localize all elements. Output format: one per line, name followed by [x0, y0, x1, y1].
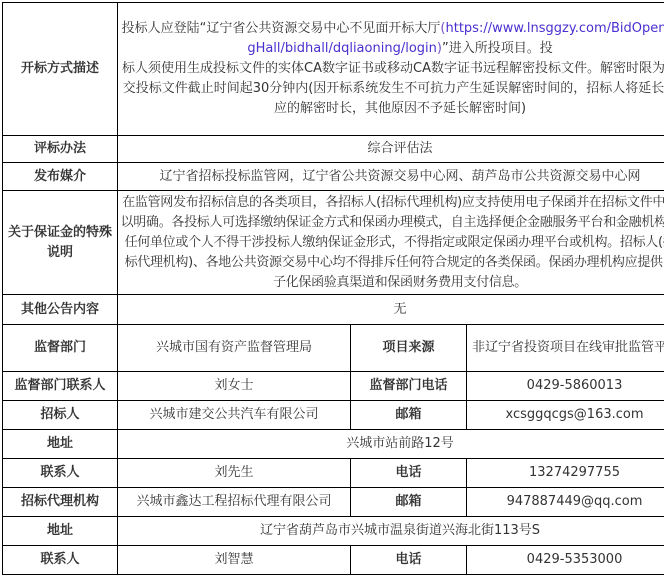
row-supervision: 监督部门 兴城市国有资产监督管理局 项目来源 非辽宁省投资项目在线审批监管平台 — [3, 325, 664, 372]
other-content-value: 无 — [118, 295, 664, 325]
agency-phone-label: 电话 — [351, 546, 467, 575]
agency-address-label: 地址 — [3, 517, 118, 546]
publication-media-label: 发布媒介 — [3, 163, 118, 191]
supervision-dept-value: 兴城市国有资产监督管理局 — [118, 325, 351, 372]
publication-media-value: 辽宁省招标投标监管网，辽宁省公共资源交易中心网、葫芦岛市公共资源交易中心网 — [118, 163, 664, 191]
project-source-label: 项目来源 — [351, 325, 467, 372]
row-supervision-contact: 监督部门联系人 刘女士 监督部门电话 0429-5860013 — [3, 372, 664, 401]
row-publication-media: 发布媒介 辽宁省招标投标监管网，辽宁省公共资源交易中心网、葫芦岛市公共资源交易中… — [3, 163, 664, 191]
tenderer-address-label: 地址 — [3, 430, 118, 459]
row-tenderer-contact: 联系人 刘先生 电话 13274297755 — [3, 459, 664, 488]
agency-email-label: 邮箱 — [351, 488, 467, 517]
row-other-content: 其他公告内容 无 — [3, 295, 664, 325]
bid-opening-line2: 标人须使用生成投标文件的实体CA数字证书或移动CA数字证书远程解密投标文件。解密… — [120, 59, 664, 119]
bid-opening-line1-prefix: 投标人应登陆“辽宁省公共资源交易中心不见面开标大厅 — [122, 21, 441, 36]
supervision-phone-label: 监督部门电话 — [351, 372, 467, 401]
row-agency: 招标代理机构 兴城市鑫达工程招标代理有限公司 邮箱 947887449@qq.c… — [3, 488, 664, 517]
tenderer-email-label: 邮箱 — [351, 401, 467, 430]
row-deposit-note: 关于保证金的特殊说明 在监管网发布招标信息的各类项目，各招标人(招标代理机构)应… — [3, 191, 664, 295]
agency-label: 招标代理机构 — [3, 488, 118, 517]
tenderer-phone-value: 13274297755 — [467, 459, 664, 488]
bid-opening-description-label: 开标方式描述 — [3, 3, 118, 136]
bid-opening-line1-suffix: ”进入所投项目。投 — [442, 41, 553, 56]
tenderer-contact-value: 刘先生 — [118, 459, 351, 488]
supervision-contact-label: 监督部门联系人 — [3, 372, 118, 401]
row-tenderer: 招标人 兴城市建交公共汽车有限公司 邮箱 xcsggqcgs@163.com — [3, 401, 664, 430]
deposit-note-label: 关于保证金的特殊说明 — [3, 191, 118, 295]
agency-contact-value: 刘智慧 — [118, 546, 351, 575]
supervision-dept-label: 监督部门 — [3, 325, 118, 372]
row-agency-address: 地址 辽宁省葫芦岛市兴城市温泉街道兴海北街113号S — [3, 517, 664, 546]
agency-phone-value: 0429-5353000 — [467, 546, 664, 575]
deposit-note-value: 在监管网发布招标信息的各类项目，各招标人(招标代理机构)应支持使用电子保函并在招… — [118, 191, 664, 295]
supervision-contact-value: 刘女士 — [118, 372, 351, 401]
tender-notice-table: 开标方式描述 投标人应登陆“辽宁省公共资源交易中心不见面开标大厅(https:/… — [2, 2, 664, 575]
tenderer-email-value: xcsggqcgs@163.com — [467, 401, 664, 430]
supervision-phone-value: 0429-5860013 — [467, 372, 664, 401]
row-agency-contact: 联系人 刘智慧 电话 0429-5353000 — [3, 546, 664, 575]
project-source-text: 非辽宁省投资项目在线审批监管平台 — [469, 340, 664, 356]
tenderer-address-value: 兴城市站前路12号 — [118, 430, 664, 459]
tenderer-contact-label: 联系人 — [3, 459, 118, 488]
bid-opening-description-value: 投标人应登陆“辽宁省公共资源交易中心不见面开标大厅(https://www.ln… — [118, 3, 664, 136]
agency-email-value: 947887449@qq.com — [467, 488, 664, 517]
project-source-value: 非辽宁省投资项目在线审批监管平台 — [467, 325, 664, 372]
evaluation-method-label: 评标办法 — [3, 136, 118, 163]
evaluation-method-value: 综合评估法 — [118, 136, 664, 163]
row-evaluation-method: 评标办法 综合评估法 — [3, 136, 664, 163]
tenderer-phone-label: 电话 — [351, 459, 467, 488]
row-bid-opening-description: 开标方式描述 投标人应登陆“辽宁省公共资源交易中心不见面开标大厅(https:/… — [3, 3, 664, 136]
other-content-label: 其他公告内容 — [3, 295, 118, 325]
tenderer-label: 招标人 — [3, 401, 118, 430]
agency-value: 兴城市鑫达工程招标代理有限公司 — [118, 488, 351, 517]
agency-contact-label: 联系人 — [3, 546, 118, 575]
row-tenderer-address: 地址 兴城市站前路12号 — [3, 430, 664, 459]
tenderer-value: 兴城市建交公共汽车有限公司 — [118, 401, 351, 430]
agency-address-value: 辽宁省葫芦岛市兴城市温泉街道兴海北街113号S — [118, 517, 664, 546]
